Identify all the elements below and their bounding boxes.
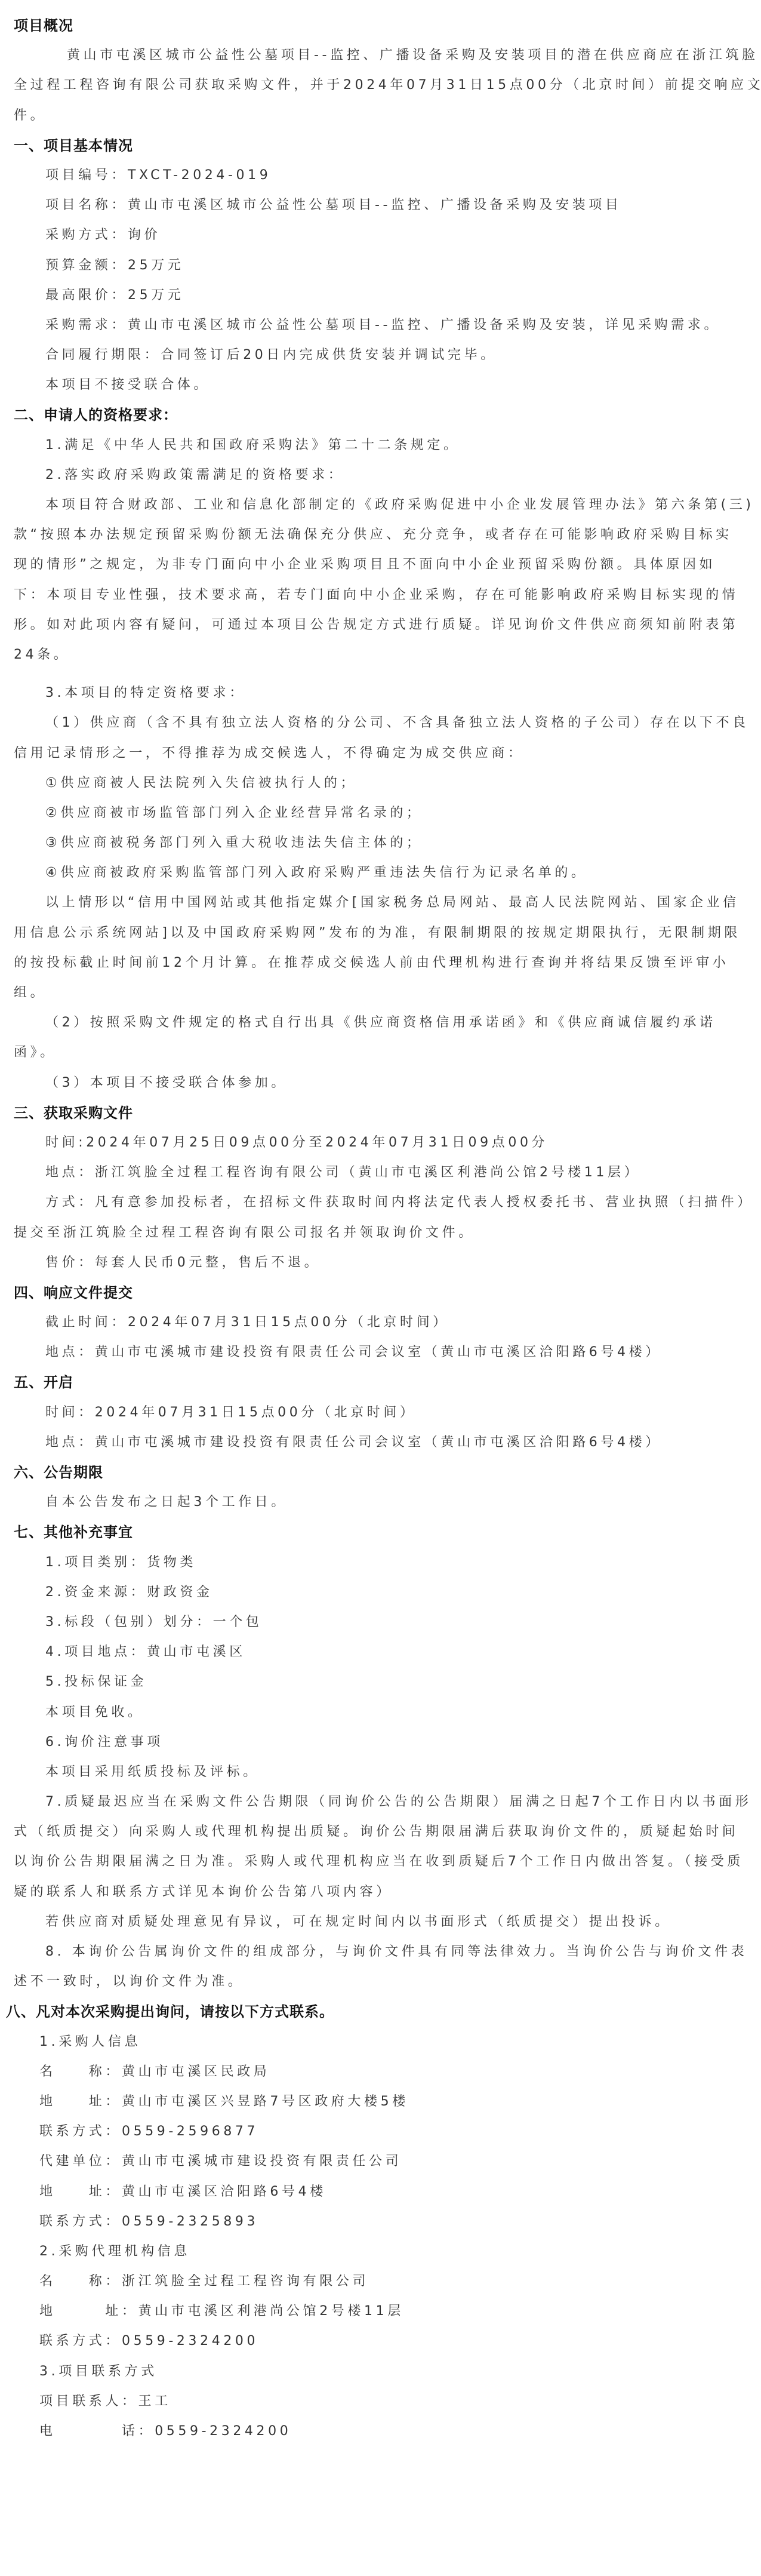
overview-heading: 项目概况 xyxy=(0,11,761,41)
budget-amount: 预算金额：25万元 xyxy=(0,251,761,281)
procurement-method: 采购方式：询价 xyxy=(0,220,761,250)
credit-case: ②供应商被市场监管部门列入企业经营异常名录的； xyxy=(0,798,761,828)
agent-builder-contact: 联系方式：0559-2325893 xyxy=(0,2207,761,2237)
requirement-3: 3.本项目的特定资格要求： xyxy=(0,678,761,708)
project-contact-person: 项目联系人：王工 xyxy=(0,2387,761,2417)
requirement-2: 2.落实政府采购政策需满足的资格要求： xyxy=(0,460,761,490)
contract-period: 合同履行期限：合同签订后20日内完成供货安装并调试完毕。 xyxy=(0,340,761,370)
legal-effect-line: 8. 本询价公告属询价文件的组成部分，与询价文件具有同等法律效力。当询价公告与询… xyxy=(0,1937,761,1967)
section8-heading: 八、凡对本次采购提出询问，请按以下方式联系。 xyxy=(0,1997,761,2027)
section6-heading: 六、公告期限 xyxy=(0,1458,761,1487)
opening-place: 地点：黄山市屯溪城市建设投资有限责任公司会议室（黄山市屯溪区洽阳路6号4楼） xyxy=(0,1428,761,1458)
project-contact-phone: 电 话：0559-2324200 xyxy=(0,2417,761,2446)
requirement-1: 1.满足《中华人民共和国政府采购法》第二十二条规定。 xyxy=(0,431,761,460)
document-time: 时间:2024年07月25日09点00分至2024年07月31日09点00分 xyxy=(0,1128,761,1158)
purchaser-name: 名 称：黄山市屯溪区民政局 xyxy=(0,2057,761,2087)
purchaser-address: 地 址：黄山市屯溪区兴昱路7号区政府大楼5楼 xyxy=(0,2087,761,2117)
credit-note-line: 组。 xyxy=(0,978,761,1008)
policy-paragraph-line: 本项目符合财政部、工业和信息化部制定的《政府采购促进中小企业发展管理办法》第六条… xyxy=(0,490,761,520)
project-name: 项目名称：黄山市屯溪区城市公益性公墓项目--监控、广播设备采购及安装项目 xyxy=(0,190,761,220)
supplement-item: 本项目采用纸质投标及评标。 xyxy=(0,1757,761,1787)
sub-requirement-3: （3）本项目不接受联合体参加。 xyxy=(0,1068,761,1098)
challenge-rule-line: 疑的联系人和联系方式详见本询价公告第八项内容） xyxy=(0,1877,761,1907)
policy-paragraph-line: 24条。 xyxy=(0,640,761,670)
document-method-line: 提交至浙江筑脸全过程工程咨询有限公司报名并领取询价文件。 xyxy=(0,1218,761,1248)
no-consortium-note: 本项目不接受联合体。 xyxy=(0,370,761,400)
supplement-item: 5.投标保证金 xyxy=(0,1667,761,1697)
overview-paragraph-line: 件。 xyxy=(0,101,761,131)
section4-heading: 四、响应文件提交 xyxy=(0,1278,761,1308)
procurement-announcement: 项目概况 黄山市屯溪区城市公益性公墓项目--监控、广播设备采购及安装项目的潜在供… xyxy=(0,0,761,2446)
sub-requirement-1-line: 信用记录情形之一，不得推荐为成交候选人，不得确定为成交供应商： xyxy=(0,739,761,769)
complaint-rule: 若供应商对质疑处理意见有异议，可在规定时间内以书面形式（纸质提交）提出投诉。 xyxy=(0,1907,761,1937)
agent-builder: 代建单位：黄山市屯溪城市建设投资有限责任公司 xyxy=(0,2147,761,2177)
section3-heading: 三、获取采购文件 xyxy=(0,1098,761,1128)
agent-builder-address: 地 址：黄山市屯溪区洽阳路6号4楼 xyxy=(0,2177,761,2207)
agency-address: 地 址：黄山市屯溪区利港尚公馆2号楼11层 xyxy=(0,2297,761,2326)
policy-paragraph-line: 现的情形”之规定，为非专门面向中小企业采购项目且不面向中小企业预留采购份额。具体… xyxy=(0,550,761,580)
sub-requirement-1-line: （1）供应商（含不具有独立法人资格的分公司、不含具备独立法人资格的子公司）存在以… xyxy=(0,708,761,738)
section5-heading: 五、开启 xyxy=(0,1367,761,1397)
section2-heading: 二、申请人的资格要求： xyxy=(0,400,761,430)
supplement-item: 6.询价注意事项 xyxy=(0,1727,761,1757)
credit-case: ③供应商被税务部门列入重大税收违法失信主体的； xyxy=(0,828,761,858)
challenge-rule-line: 以询价公告期限届满之日为准。采购人或代理机构应当在收到质疑后7个工作日内做出答复… xyxy=(0,1847,761,1877)
credit-case: ④供应商被政府采购监管部门列入政府采购严重违法失信行为记录名单的。 xyxy=(0,858,761,888)
overview-paragraph-line: 黄山市屯溪区城市公益性公墓项目--监控、广播设备采购及安装项目的潜在供应商应在浙… xyxy=(0,41,761,70)
submission-place: 地点：黄山市屯溪城市建设投资有限责任公司会议室（黄山市屯溪区洽阳路6号4楼） xyxy=(0,1338,761,1367)
challenge-rule-line: 7.质疑最迟应当在采购文件公告期限（同询价公告的公告期限）届满之日起7个工作日内… xyxy=(0,1787,761,1817)
credit-note-line: 以上情形以“信用中国网站或其他指定媒介[国家税务总局网站、最高人民法院网站、国家… xyxy=(0,888,761,918)
purchaser-contact: 联系方式：0559-2596877 xyxy=(0,2117,761,2147)
agency-contact: 联系方式：0559-2324200 xyxy=(0,2326,761,2356)
document-price: 售价：每套人民币0元整，售后不退。 xyxy=(0,1248,761,1278)
policy-paragraph-line: 款“按照本办法规定预留采购份额无法确保充分供应、充分竞争，或者存在可能影响政府采… xyxy=(0,520,761,550)
section1-heading: 一、项目基本情况 xyxy=(0,131,761,161)
submission-deadline: 截止时间：2024年07月31日15点00分（北京时间） xyxy=(0,1308,761,1338)
policy-paragraph-line: 下：本项目专业性强，技术要求高，若专门面向中小企业采购，存在可能影响政府采购目标… xyxy=(0,580,761,610)
max-price: 最高限价：25万元 xyxy=(0,281,761,311)
project-number: 项目编号：TXCT-2024-019 xyxy=(0,161,761,190)
document-method-line: 方式：凡有意参加投标者，在招标文件获取时间内将法定代表人授权委托书、营业执照（扫… xyxy=(0,1188,761,1218)
overview-paragraph-line: 全过程工程咨询有限公司获取采购文件，并于2024年07月31日15点00分（北京… xyxy=(0,70,761,100)
credit-case: ①供应商被人民法院列入失信被执行人的； xyxy=(0,769,761,798)
supplement-item: 2.资金来源：财政资金 xyxy=(0,1578,761,1607)
policy-paragraph-line: 形。如对此项内容有疑问，可通过本项目公告规定方式进行质疑。详见询价文件供应商须知… xyxy=(0,610,761,640)
agency-heading: 2.采购代理机构信息 xyxy=(0,2237,761,2267)
notice-period: 自本公告发布之日起3个工作日。 xyxy=(0,1487,761,1517)
project-contact-heading: 3.项目联系方式 xyxy=(0,2357,761,2387)
procurement-requirement: 采购需求：黄山市屯溪区城市公益性公墓项目--监控、广播设备采购及安装，详见采购需… xyxy=(0,311,761,340)
supplement-item: 4.项目地点：黄山市屯溪区 xyxy=(0,1637,761,1667)
section7-heading: 七、其他补充事宜 xyxy=(0,1517,761,1547)
supplement-item: 1.项目类别：货物类 xyxy=(0,1548,761,1578)
purchaser-heading: 1.采购人信息 xyxy=(0,2027,761,2057)
document-place: 地点：浙江筑脸全过程工程咨询有限公司（黄山市屯溪区利港尚公馆2号楼11层） xyxy=(0,1158,761,1188)
legal-effect-line: 述不一致时，以询价文件为准。 xyxy=(0,1967,761,1997)
sub-requirement-2-line: （2）按照采购文件规定的格式自行出具《供应商资格信用承诺函》和《供应商诚信履约承… xyxy=(0,1008,761,1038)
sub-requirement-2-line: 函》。 xyxy=(0,1038,761,1068)
supplement-item: 本项目免收。 xyxy=(0,1698,761,1727)
challenge-rule-line: 式（纸质提交）向采购人或代理机构提出质疑。询价公告期限届满后获取询价文件的，质疑… xyxy=(0,1817,761,1847)
supplement-item: 3.标段（包别）划分：一个包 xyxy=(0,1607,761,1637)
credit-note-line: 用信息公示系统网站]以及中国政府采购网”发布的为准，有限制期限的按规定期限执行，… xyxy=(0,918,761,948)
agency-name: 名 称：浙江筑脸全过程工程咨询有限公司 xyxy=(0,2267,761,2297)
opening-time: 时间：2024年07月31日15点00分（北京时间） xyxy=(0,1398,761,1428)
credit-note-line: 的按投标截止时间前12个月计算。在推荐成交候选人前由代理机构进行查询并将结果反馈… xyxy=(0,948,761,978)
